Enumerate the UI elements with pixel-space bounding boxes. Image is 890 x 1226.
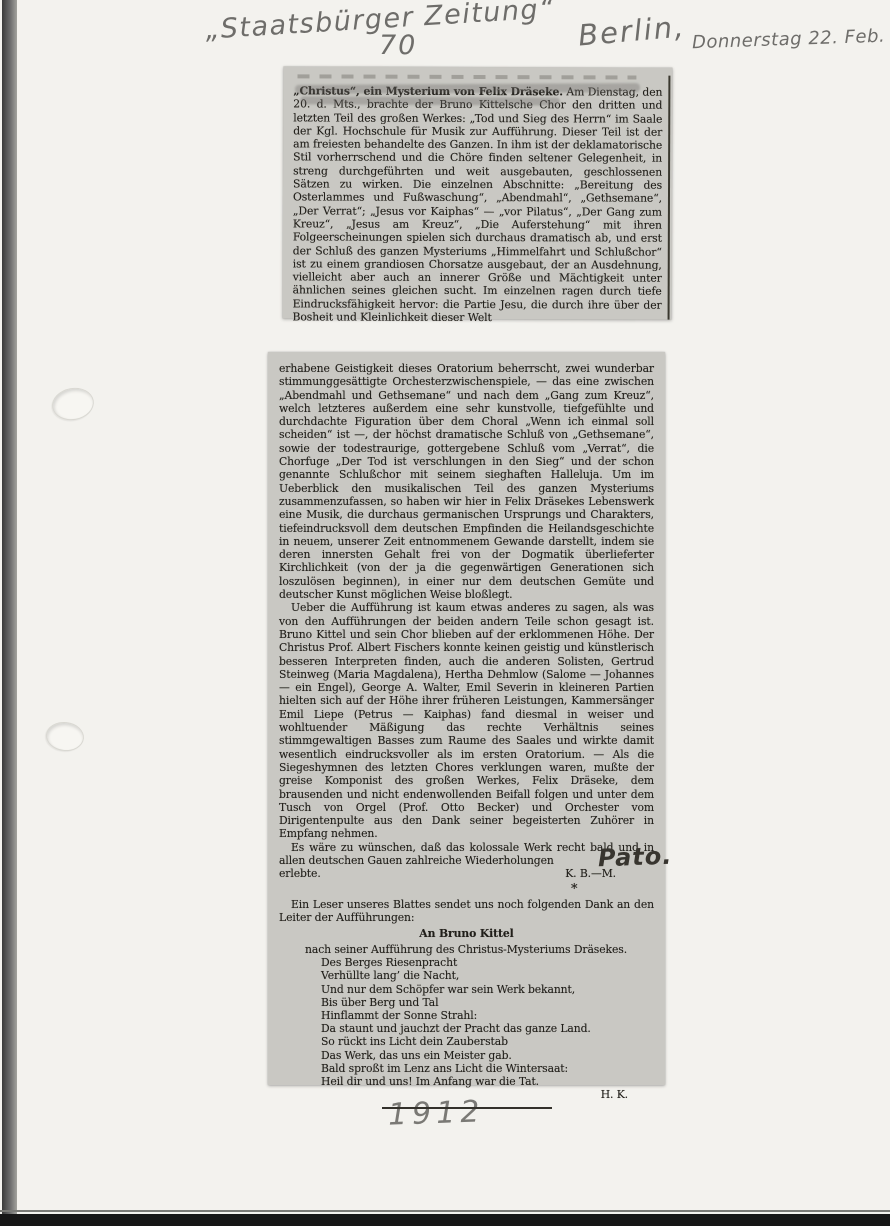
poem-dedication: nach seiner Aufführung des Christus-Myst… (305, 943, 654, 957)
cut-text-remnant (297, 74, 636, 79)
poem-heading: An Bruno Kittel (279, 927, 654, 941)
poem-line: Da staunt und jauchzt der Pracht das gan… (321, 1022, 654, 1035)
scan-bottom-edge (0, 1214, 890, 1226)
pencil-underline-mark (300, 96, 560, 105)
poem-line: Des Berges Riesenpracht (321, 956, 654, 969)
scan-left-edge (2, 0, 17, 1226)
poem-line: Hinflammt der Sonne Strahl: (321, 1009, 654, 1022)
punch-hole-bottom (45, 720, 86, 753)
clipping1-paragraph: „Christus“, ein Mysterium von Felix Dräs… (293, 84, 663, 325)
clipping2-paragraph-1: erhabene Geistigkeit dieses Oratorium be… (279, 362, 654, 601)
poem-line: Bald sproßt im Lenz ans Licht die Winter… (321, 1062, 654, 1075)
handwritten-page-number: 70 (379, 30, 417, 61)
handwritten-date: Donnerstag 22. Feb. 1912 (692, 24, 890, 54)
scanned-album-page: „Staatsbürger Zeitung“ Berlin, Donnersta… (0, 0, 890, 1226)
handwritten-pato-note: Pato. (598, 842, 673, 873)
poem: Des Berges RiesenprachtVerhüllte lang’ d… (321, 956, 654, 1088)
handwritten-city: Berlin, (577, 9, 687, 52)
section-separator-star: * (279, 883, 654, 897)
newspaper-clipping-2: erhabene Geistigkeit dieses Oratorium be… (268, 352, 665, 1085)
clipping1-text: „Christus“, ein Mysterium von Felix Dräs… (293, 84, 663, 325)
poem-line: Das Werk, das uns ein Meister gab. (321, 1049, 654, 1062)
poem-line: Heil dir und uns! Im Anfang war die Tat. (321, 1075, 654, 1088)
poem-line: So rückt ins Licht dein Zauberstab (321, 1035, 654, 1048)
poem-line: Verhüllte lang’ die Nacht, (321, 969, 654, 982)
pencil-underline-mark (295, 83, 640, 94)
end-rule (382, 1107, 552, 1109)
clipping2-paragraph-2: Ueber die Aufführung ist kaum etwas ande… (279, 601, 654, 840)
article-body: Am Dienstag, den 20. d. Mts., brachte de… (293, 85, 663, 324)
reader-letter-intro: Ein Leser unseres Blattes sendet uns noc… (279, 898, 654, 925)
punch-hole-top (50, 385, 97, 424)
clipping2-text: erhabene Geistigkeit dieses Oratorium be… (279, 362, 654, 1109)
closing-word: erlebte. (279, 867, 321, 880)
poem-line: Und nur dem Schöpfer war sein Werk bekan… (321, 983, 654, 996)
poem-author-initials: H. K. (279, 1088, 654, 1102)
poem-line: Bis über Berg und Tal (321, 996, 654, 1009)
